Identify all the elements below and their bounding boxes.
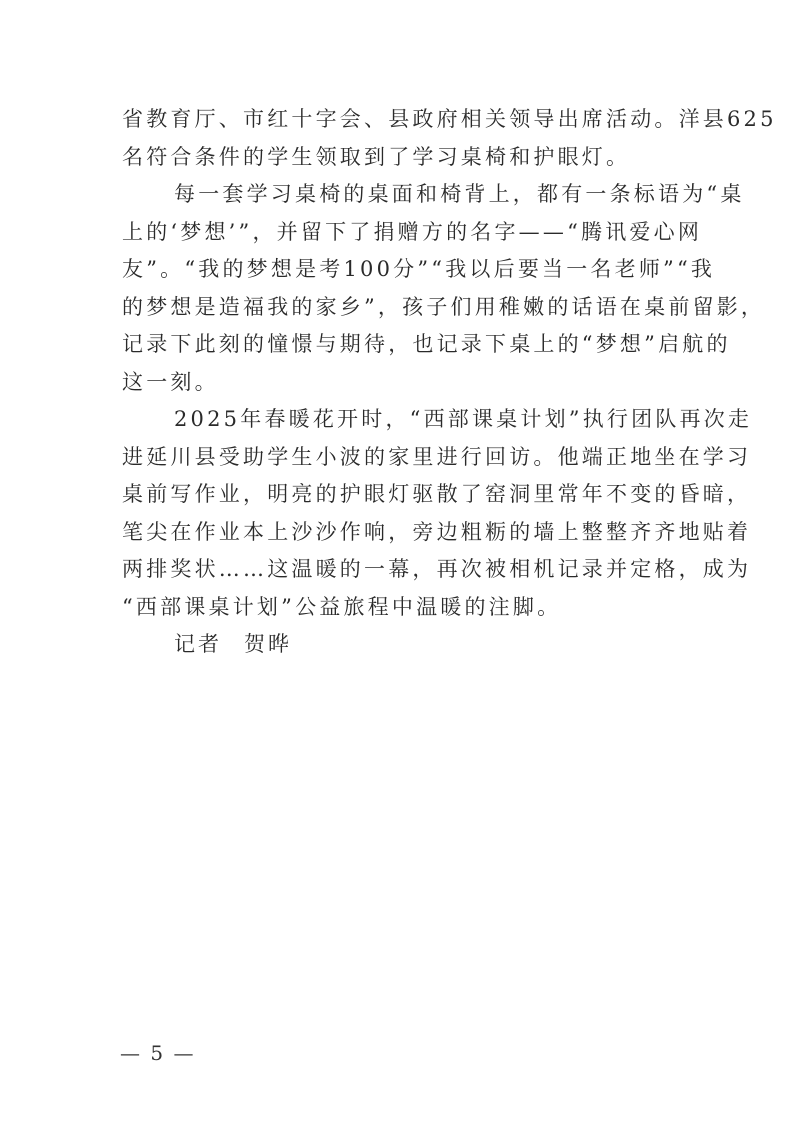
text-line: 名符合条件的学生领取到了学习桌椅和护眼灯。 bbox=[122, 139, 674, 177]
text-line: 2025年春暖花开时，“西部课桌计划”执行团队再次走 bbox=[122, 401, 674, 439]
text-line: 桌前写作业，明亮的护眼灯驱散了窑洞里常年不变的昏暗， bbox=[122, 476, 674, 514]
text-line: 的梦想是造福我的家乡”，孩子们用稚嫩的话语在桌前留影， bbox=[122, 289, 674, 327]
text-line: “西部课桌计划”公益旅程中温暖的注脚。 bbox=[122, 589, 674, 627]
text-line: 两排奖状……这温暖的一幕，再次被相机记录并定格，成为 bbox=[122, 551, 674, 589]
text-line: 进延川县受助学生小波的家里进行回访。他端正地坐在学习 bbox=[122, 439, 674, 477]
text-line: 每一套学习桌椅的桌面和椅背上，都有一条标语为“桌 bbox=[122, 176, 674, 214]
byline: 记者贺晔 bbox=[122, 626, 674, 664]
text-line: 笔尖在作业本上沙沙作响，旁边粗粝的墙上整整齐齐地贴着 bbox=[122, 514, 674, 552]
document-page: 省教育厅、市红十字会、县政府相关领导出席活动。洋县625 名符合条件的学生领取到… bbox=[0, 0, 793, 1122]
byline-name: 贺晔 bbox=[244, 632, 292, 656]
text-line: 这一刻。 bbox=[122, 364, 674, 402]
byline-label: 记者 bbox=[174, 632, 222, 656]
article-body: 省教育厅、市红十字会、县政府相关领导出席活动。洋县625 名符合条件的学生领取到… bbox=[122, 101, 674, 664]
text-line: 省教育厅、市红十字会、县政府相关领导出席活动。洋县625 bbox=[122, 101, 674, 139]
text-line: 上的‘梦想’”，并留下了捐赠方的名字——“腾讯爱心网 bbox=[122, 214, 674, 252]
text-line: 友”。“我的梦想是考100分”“我以后要当一名老师”“我 bbox=[122, 251, 674, 289]
page-number: — 5 — bbox=[120, 1040, 195, 1066]
text-line: 记录下此刻的憧憬与期待，也记录下桌上的“梦想”启航的 bbox=[122, 326, 674, 364]
